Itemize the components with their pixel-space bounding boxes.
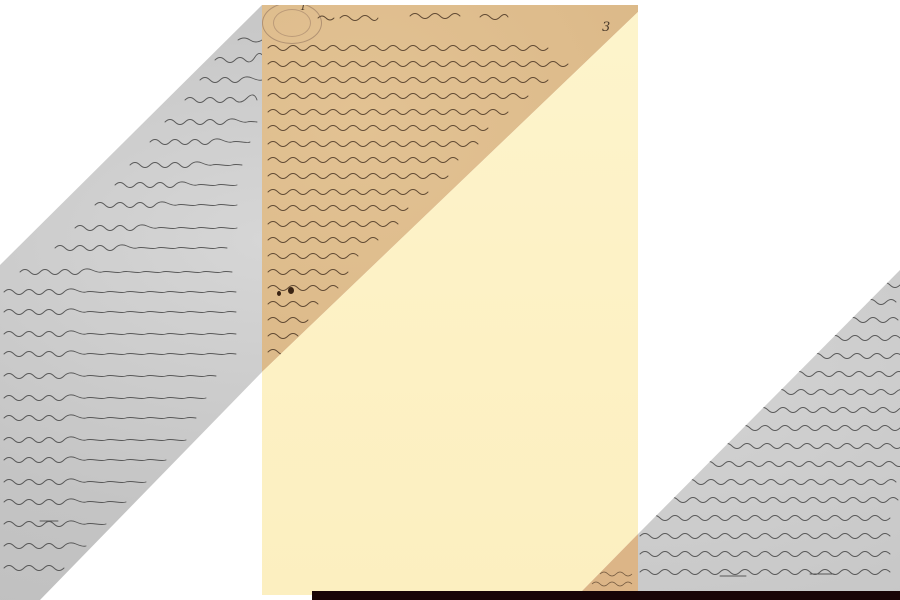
seal-inner-ring [273, 9, 311, 37]
seal-stamp-icon [262, 2, 322, 44]
bottom-dark-bar [312, 591, 900, 600]
ink-blot [288, 287, 294, 294]
page-number: 3 [602, 20, 610, 35]
ink-blot [277, 291, 281, 296]
top-mark: 1 [300, 2, 306, 13]
